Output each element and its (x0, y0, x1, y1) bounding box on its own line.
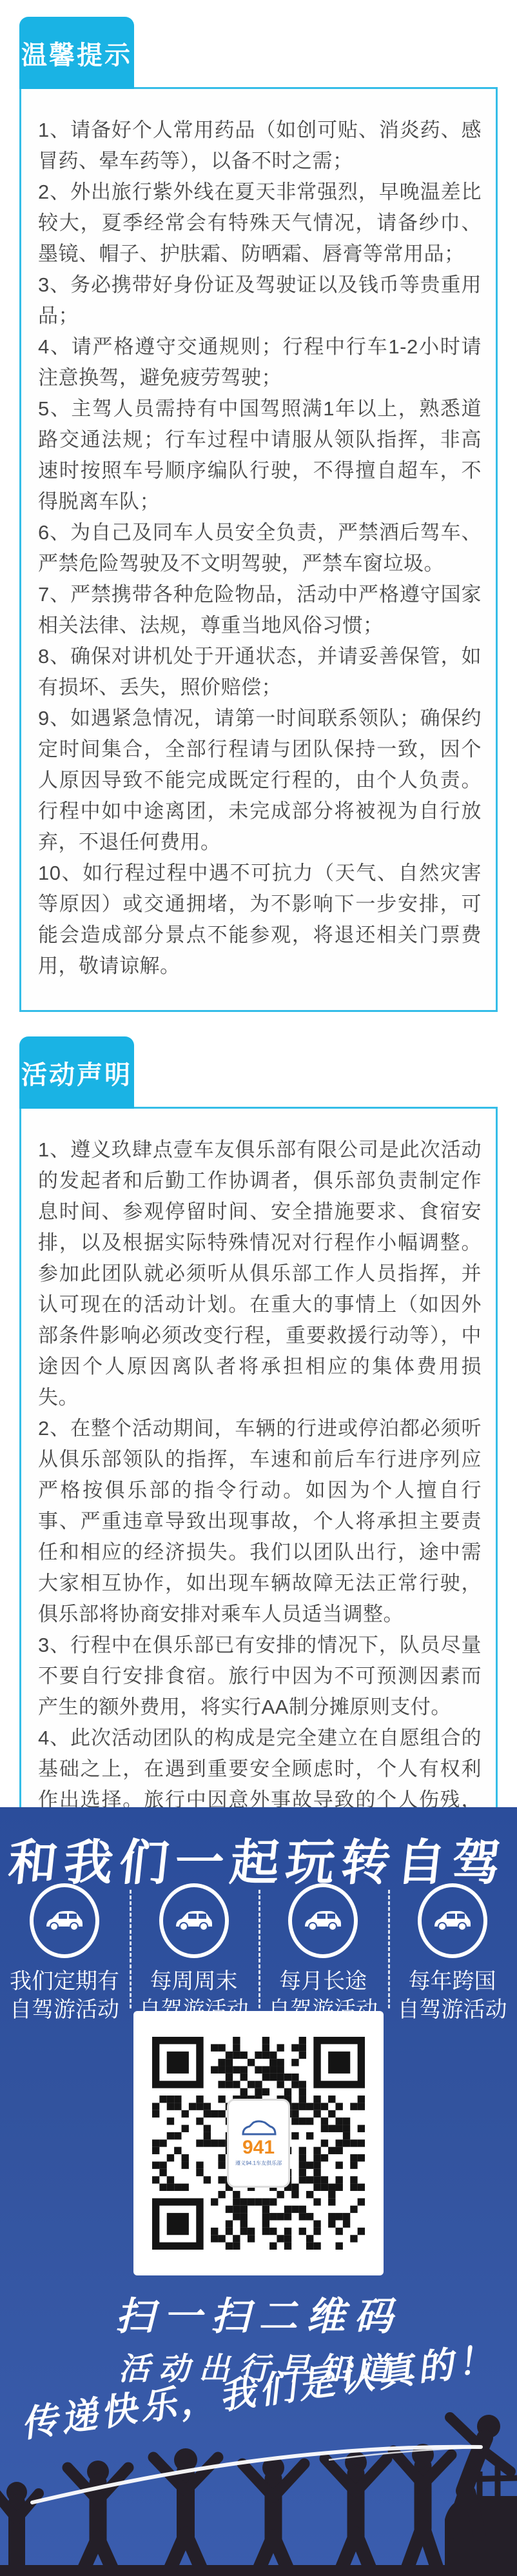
tip-item: 1、请备好个人常用药品（如创可贴、消炎药、感冒药、晕车药等），以备不时之需； (38, 115, 482, 177)
statement-item: 3、行程中在俱乐部已有安排的情况下，队员尽量不要自行安排食宿。旅行中因为不可预测… (38, 1630, 482, 1723)
tip-item: 9、如遇紧急情况，请第一时间联系领队；确保约定时间集合，全部行程请与团队保持一致… (38, 703, 482, 858)
tip-item: 2、外出旅行紫外线在夏天非常强烈，早晚温差比较大，夏季经常会有特殊天气情况，请备… (38, 177, 482, 270)
tips-section: 温馨提示 1、请备好个人常用药品（如创可贴、消炎药、感冒药、晕车药等），以备不时… (19, 0, 498, 1012)
promo-banner: 和我们一起玩转自驾 我们定期有自驾游活动每周周末自驾游活动每月长途自驾游活动每年… (0, 1807, 517, 2576)
tip-item: 10、如行程过程中遇不可抗力（天气、自然灾害等原因）或交通拥堵，为不影响下一步安… (38, 858, 482, 982)
car-icon (174, 1910, 214, 1932)
club-logo: 941 遵义94.1车友俱乐部 (227, 2099, 290, 2188)
dashed-divider (130, 1890, 132, 2008)
tip-item: 4、请严格遵守交通规则；行程中行车1-2小时请注意换驾，避免疲劳驾驶； (38, 332, 482, 393)
tip-item: 3、务必携带好身份证及驾驶证以及钱币等贵重用品； (38, 270, 482, 332)
brush-swoosh (26, 2426, 490, 2510)
feature-column: 每周周末自驾游活动 (130, 1883, 258, 2024)
feature-column: 每年跨国自驾游活动 (388, 1883, 517, 2024)
statement-panel: 1、遵义玖肆点壹车友俱乐部有限公司是此次活动的发起者和后勤工作协调者，俱乐部负责… (19, 1107, 498, 1908)
statement-section: 活动声明 1、遵义玖肆点壹车友俱乐部有限公司是此次活动的发起者和后勤工作协调者，… (19, 1036, 498, 1908)
tips-panel: 1、请备好个人常用药品（如创可贴、消炎药、感冒药、晕车药等），以备不时之需；2、… (19, 87, 498, 1012)
scan-prompt-line1: 扫一扫二维码 (0, 2286, 517, 2341)
tips-badge: 温馨提示 (19, 17, 134, 89)
tip-item: 8、确保对讲机处于开通状态，并请妥善保管，如有损坏、丢失，照价赔偿； (38, 641, 482, 703)
car-icon (303, 1910, 343, 1932)
statement-item: 1、遵义玖肆点壹车友俱乐部有限公司是此次活动的发起者和后勤工作协调者，俱乐部负责… (38, 1134, 482, 1413)
statement-item: 2、在整个活动期间，车辆的行进或停泊都必须听从俱乐部领队的指挥，车速和前后车行进… (38, 1413, 482, 1630)
car-circle-icon (30, 1883, 99, 1958)
statement-badge: 活动声明 (19, 1036, 134, 1109)
tip-item: 7、严禁携带各种危险物品，活动中严格遵守国家相关法律、法规，尊重当地风俗习惯； (38, 579, 482, 641)
feature-label: 我们定期有自驾游活动 (10, 1967, 119, 2024)
dashed-divider (258, 1890, 260, 2008)
car-icon (433, 1910, 473, 1932)
car-icon (240, 2120, 277, 2137)
tip-item: 5、主驾人员需持有中国驾照满1年以上，熟悉道路交通法规；行车过程中请服从领队指挥… (38, 393, 482, 517)
car-circle-icon (418, 1883, 487, 1958)
qr-card: 941 遵义94.1车友俱乐部 (133, 2011, 384, 2275)
car-circle-icon (159, 1883, 229, 1958)
tips-badge-label: 温馨提示 (21, 35, 132, 72)
dashed-divider (388, 1890, 390, 2008)
statement-badge-label: 活动声明 (21, 1055, 132, 1091)
feature-column: 我们定期有自驾游活动 (0, 1883, 129, 2024)
club-logo-caption: 遵义94.1车友俱乐部 (235, 2159, 282, 2166)
feature-label: 每年跨国自驾游活动 (398, 1967, 507, 2024)
feature-column: 每月长途自驾游活动 (258, 1883, 387, 2024)
feature-row: 我们定期有自驾游活动每周周末自驾游活动每月长途自驾游活动每年跨国自驾游活动 (0, 1883, 517, 2012)
car-circle-icon (288, 1883, 358, 1958)
car-icon (44, 1910, 84, 1932)
tip-item: 6、为自己及同车人员安全负责，严禁酒后驾车、严禁危险驾驶及不文明驾驶，严禁车窗垃… (38, 517, 482, 579)
qr-code: 941 遵义94.1车友俱乐部 (152, 2037, 365, 2250)
club-logo-number: 941 (242, 2138, 275, 2157)
